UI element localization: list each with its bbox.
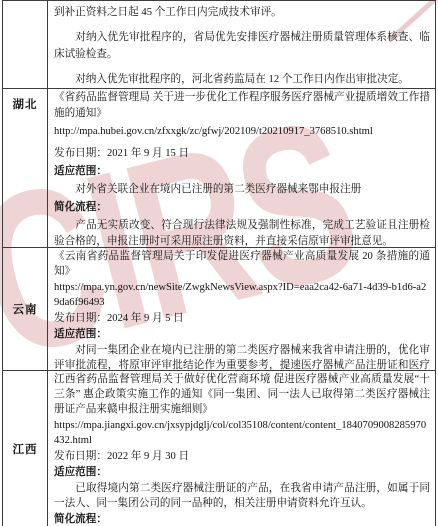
paragraph: 《云南省药品监督管理局关于印发促进医疗器械产业高质量发展 20 条措施的通知》 [54, 249, 430, 279]
province-cell: 云南 [3, 248, 48, 370]
section-label: 适应范围： [54, 465, 430, 480]
section-label: 简化流程： [54, 512, 430, 526]
document-url: https://mpa.yn.gov.cn/newSite/ZwgkNewsVi… [54, 280, 430, 310]
section-label: 适应范围： [54, 164, 430, 180]
publish-date: 发布日期：2021 年 9 月 15 日 [54, 146, 430, 162]
province-cell: 湖北 [3, 89, 48, 247]
paragraph: 已取得境内第二类医疗器械注册证的产品，在我省申请产品注册，如属于同一法人、同一集… [54, 481, 430, 511]
paragraph: 到补正资料之日起 45 个工作日内完成技术审评。 [54, 4, 430, 21]
section-label: 适应范围： [54, 327, 430, 342]
document-url: https://mpa.jiangxi.gov.cn/jxsypjdglj/co… [54, 418, 430, 448]
province-cell [3, 1, 48, 88]
publish-date: 发布日期：2022 年 9 月 30 日 [54, 449, 430, 464]
table-row: 江西江西省药品监督管理局关于做好优化营商环境 促进医疗器械产业高质量发展“十三条… [3, 371, 435, 526]
paragraph: 产品无实质改变、符合现行法律法规及强制性标准，完成工艺验证且注册检验合格的，申报… [54, 218, 430, 247]
document-page: CIRS 到补正资料之日起 45 个工作日内完成技术审评。对纳入优先审批程序的，… [0, 0, 438, 526]
content-cell: 《云南省药品监督管理局关于印发促进医疗器械产业高质量发展 20 条措施的通知》h… [48, 248, 435, 370]
table-row: 到补正资料之日起 45 个工作日内完成技术审评。对纳入优先审批程序的，省局优先安… [3, 1, 435, 89]
paragraph: 对纳入优先审批程序的，河北省药监局在 12 个工作日内作出审批决定。 [54, 71, 430, 88]
policy-table: 到补正资料之日起 45 个工作日内完成技术审评。对纳入优先审批程序的，省局优先安… [2, 0, 436, 526]
section-label: 简化流程： [54, 200, 430, 216]
table-row: 湖北《省药品监督管理局 关于进一步优化工作程序服务医疗器械产业提质增效工作措施的… [3, 89, 435, 248]
paragraph: 对纳入优先审批程序的，省局优先安排医疗器械注册质量管理体系核查、临床试验检查。 [54, 29, 430, 63]
paragraph: 对外省关联企业在境内已注册的第二类医疗器械来鄂申报注册 [54, 182, 430, 198]
content-cell: 江西省药品监督管理局关于做好优化营商环境 促进医疗器械产业高质量发展“十三条” … [48, 371, 435, 526]
content-cell: 《省药品监督管理局 关于进一步优化工作程序服务医疗器械产业提质增效工作措施的通知… [48, 89, 435, 247]
paragraph: 《省药品监督管理局 关于进一步优化工作程序服务医疗器械产业提质增效工作措施的通知… [54, 90, 430, 122]
paragraph: 江西省药品监督管理局关于做好优化营商环境 促进医疗器械产业高质量发展“十三条” … [54, 372, 430, 417]
document-url: http://mpa.hubei.gov.cn/zfxxgk/zc/gfwj/2… [54, 124, 430, 140]
table-row: 云南《云南省药品监督管理局关于印发促进医疗器械产业高质量发展 20 条措施的通知… [3, 248, 435, 371]
publish-date: 发布日期：2024 年 9 月 5 日 [54, 311, 430, 326]
province-cell: 江西 [3, 371, 48, 526]
content-cell: 到补正资料之日起 45 个工作日内完成技术审评。对纳入优先审批程序的，省局优先安… [48, 1, 435, 88]
paragraph: 对同一集团企业在境内已注册的第二类医疗器械来我省申请注册的，优化审评审批流程，将… [54, 343, 430, 370]
